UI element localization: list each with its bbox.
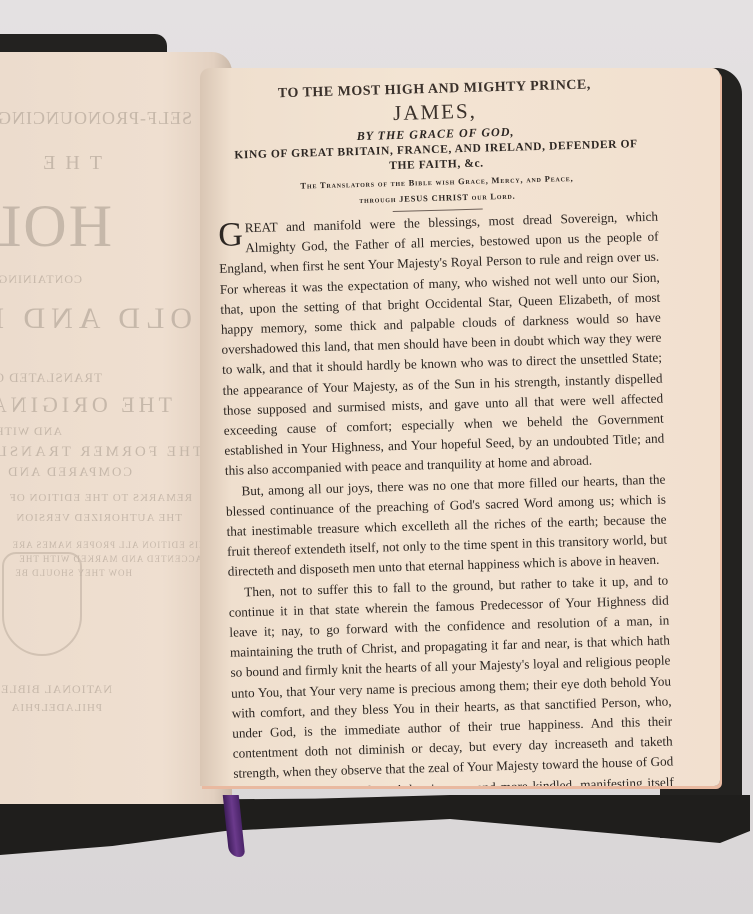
bleed-line: REMARKS TO THE EDITION OF bbox=[9, 492, 192, 504]
bleed-line: AND WITH bbox=[0, 424, 62, 439]
drop-cap: G bbox=[218, 220, 243, 251]
paragraph-1-text: REAT and manifold were the blessings, mo… bbox=[219, 209, 664, 479]
bleed-line: THE ORIGINAL bbox=[0, 392, 172, 418]
right-page: TO THE MOST HIGH AND MIGHTY PRINCE, JAME… bbox=[200, 68, 720, 786]
book-cover-bottom-edge bbox=[0, 795, 750, 855]
left-page: SELF-PRONOUNCING THE HOLY BIBLE CONTAINI… bbox=[0, 52, 232, 804]
paragraph-2: But, among all our joys, there was no on… bbox=[225, 469, 668, 582]
bleed-line: SELF-PRONOUNCING bbox=[0, 108, 192, 129]
paragraph-1: GREAT and manifold were the blessings, m… bbox=[218, 207, 665, 482]
body-text: GREAT and manifold were the blessings, m… bbox=[218, 207, 677, 786]
photo-scene: SELF-PRONOUNCING THE HOLY BIBLE CONTAINI… bbox=[0, 0, 753, 914]
publisher-crest-icon bbox=[2, 552, 82, 656]
bleed-line: THE FORMER TRANSLATIONS bbox=[0, 444, 202, 461]
dedication-text: TO THE MOST HIGH AND MIGHTY PRINCE, JAME… bbox=[214, 68, 677, 786]
bleed-line: THE AUTHORIZED VERSION bbox=[15, 512, 182, 524]
bleed-line: COMPARED AND bbox=[6, 464, 132, 480]
bleedthrough-title-page: SELF-PRONOUNCING THE HOLY BIBLE CONTAINI… bbox=[0, 52, 232, 804]
bleed-line: THE bbox=[33, 152, 102, 175]
bleed-line: PHILADELPHIA bbox=[11, 702, 102, 714]
bleed-line: TRANSLATED OUT OF bbox=[0, 370, 102, 386]
bleed-line: HOLY BIBLE bbox=[0, 192, 112, 261]
bleed-line: THIS EDITION ALL PROPER NAMES ARE bbox=[12, 540, 212, 550]
bleed-line: OLD AND NEW bbox=[0, 302, 192, 336]
bleed-line: NATIONAL BIBLE bbox=[0, 682, 112, 697]
paragraph-3: Then, not to suffer this to fall to the … bbox=[228, 570, 676, 786]
bleed-line: CONTAINING bbox=[0, 272, 82, 287]
